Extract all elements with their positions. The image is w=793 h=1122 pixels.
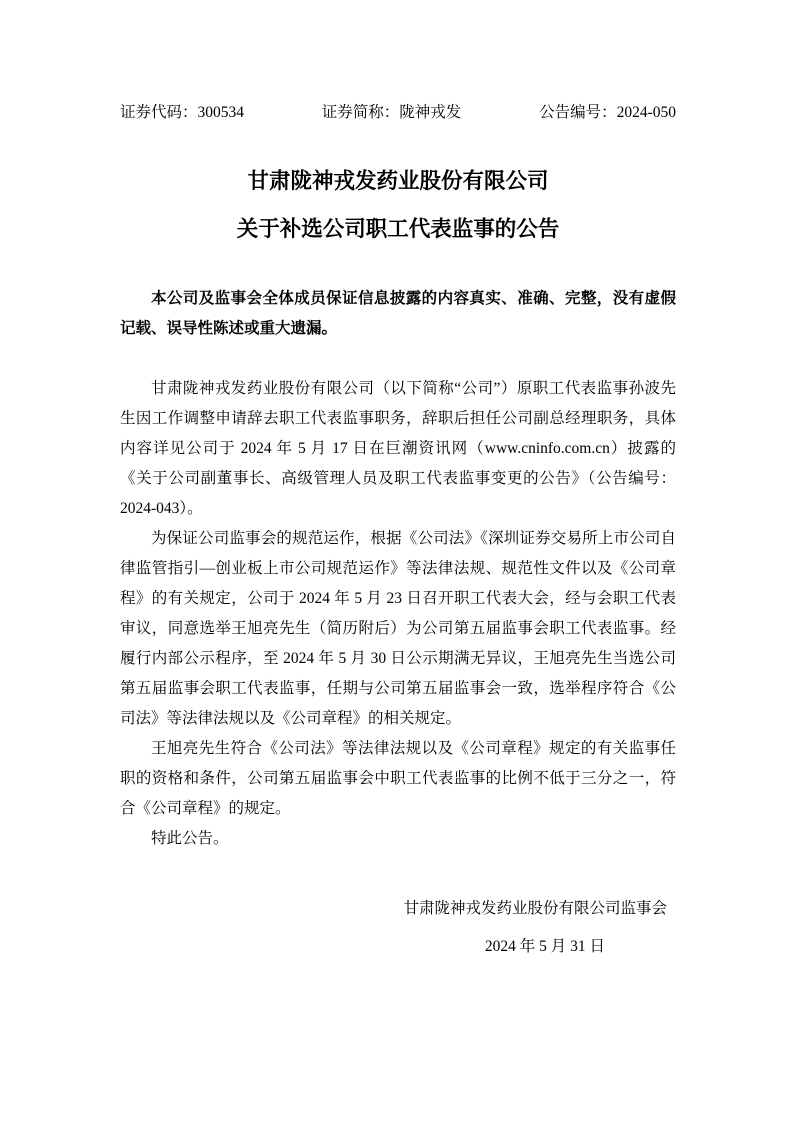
paragraph-election-process: 为保证公司监事会的规范运作，根据《公司法》《深圳证券交易所上市公司自律监管指引—… (120, 524, 676, 734)
document-header: 证券代码：300534 证券简称：陇神戎发 公告编号：2024-050 (120, 103, 676, 123)
announcement-document: 证券代码：300534 证券简称：陇神戎发 公告编号：2024-050 甘肃陇神… (0, 0, 793, 1122)
stock-code-label: 证券代码：300534 (120, 103, 244, 123)
stock-name-label: 证券简称：陇神戎发 (322, 103, 462, 123)
date-line: 2024 年 5 月 31 日 (120, 932, 676, 962)
paragraph-qualification: 王旭亮先生符合《公司法》等法律法规以及《公司章程》规定的有关监事任职的资格和条件… (120, 734, 676, 824)
paragraph-resignation-background: 甘肃陇神戎发药业股份有限公司（以下简称“公司”）原职工代表监事孙波先生因工作调整… (120, 374, 676, 524)
signature-line: 甘肃陇神戎发药业股份有限公司监事会 (120, 894, 676, 924)
company-name-title: 甘肃陇神戎发药业股份有限公司 (120, 167, 676, 195)
announcement-number-label: 公告编号：2024-050 (539, 103, 676, 123)
announcement-title: 关于补选公司职工代表监事的公告 (120, 215, 676, 243)
paragraph-closing: 特此公告。 (120, 824, 676, 854)
disclosure-statement: 本公司及监事会全体成员保证信息披露的内容真实、准确、完整，没有虚假记载、误导性陈… (120, 284, 676, 344)
